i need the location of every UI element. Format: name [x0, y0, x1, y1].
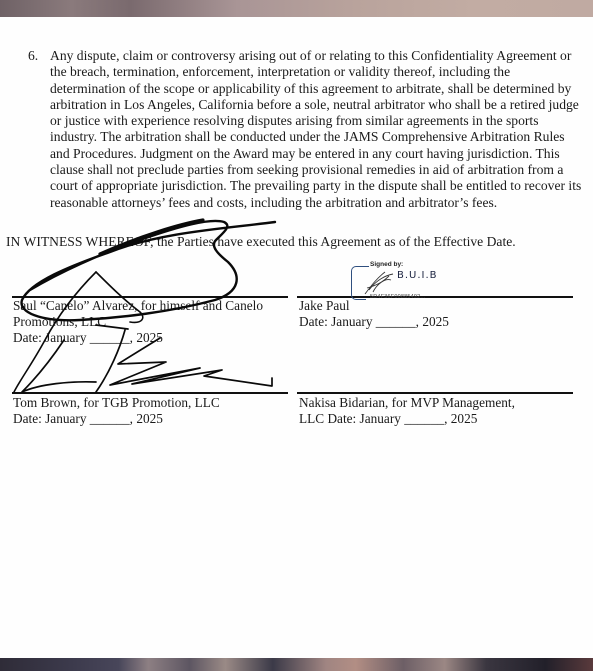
- signatory-name: Nakisa Bidarian, for MVP Management,: [299, 395, 515, 411]
- clause-6: 6. Any dispute, claim or controversy ari…: [28, 48, 588, 211]
- docusign-initials: B.U.I.B: [397, 270, 438, 281]
- signatory-name: Tom Brown, for TGB Promotion, LLC: [13, 395, 220, 411]
- clause-text: Any dispute, claim or controversy arisin…: [50, 48, 588, 211]
- signatory-jake-paul: Jake Paul Date: January ______, 2025: [299, 298, 449, 330]
- signatory-date: Date: January ______, 2025: [299, 314, 449, 330]
- signatory-date: LLC Date: January ______, 2025: [299, 411, 515, 427]
- photo-background-top: [0, 0, 593, 17]
- signatory-date: Date: January ______, 2025: [13, 411, 220, 427]
- signatory-nakisa-bidarian: Nakisa Bidarian, for MVP Management, LLC…: [299, 395, 515, 427]
- signatory-name: Saul “Canelo” Alvarez, for himself and C…: [13, 298, 263, 314]
- docusign-stamp: Signed by: B.U.I.B 5D4F36F00885492...: [351, 262, 471, 302]
- witness-statement: IN WITNESS WHEREOF, the Parties have exe…: [6, 234, 516, 250]
- signed-by-label: Signed by:: [370, 261, 403, 268]
- docusign-envelope-id: 5D4F36F00885492...: [370, 294, 426, 300]
- signatory-date: Date: January ______, 2025: [13, 330, 263, 346]
- electronic-signature-icon: [363, 268, 397, 296]
- signature-line-tom-brown: [12, 392, 288, 394]
- signatory-name-cont: Promotions, LLC: [13, 314, 263, 330]
- signature-line-nakisa-bidarian: [297, 392, 573, 394]
- photo-background-bottom: [0, 658, 593, 671]
- signatory-tom-brown: Tom Brown, for TGB Promotion, LLC Date: …: [13, 395, 220, 427]
- clause-number: 6.: [28, 48, 38, 64]
- signatory-canelo: Saul “Canelo” Alvarez, for himself and C…: [13, 298, 263, 347]
- docusign-frame-top: [359, 266, 369, 267]
